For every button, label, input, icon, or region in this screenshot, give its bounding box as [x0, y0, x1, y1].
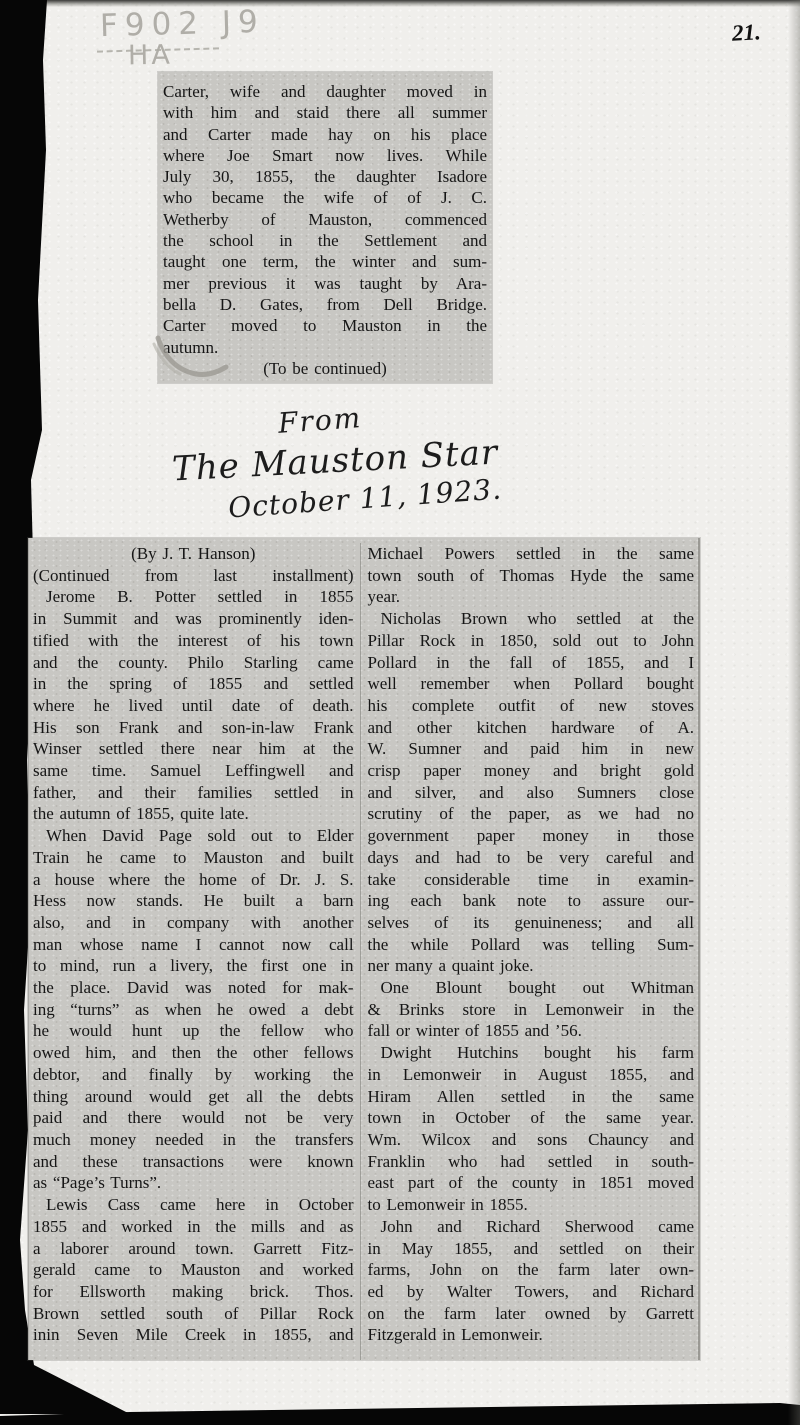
text-line: debtor, and finally by working the	[33, 1064, 354, 1086]
text-line: mer previous it was taught by Ara-	[163, 273, 487, 294]
pencil-catalog-number: F902 J9	[100, 4, 266, 44]
article-left-column: (By J. T. Hanson)(Continued from last in…	[33, 543, 354, 1360]
text-line: with him and staid there all summer	[163, 102, 487, 123]
text-line: and other kitchen hardware of A.	[367, 717, 694, 739]
text-line: Pollard in the fall of 1855, and I	[367, 652, 694, 674]
text-line: town south of Thomas Hyde the same	[367, 565, 694, 587]
text-line: bella D. Gates, from Dell Bridge.	[163, 294, 487, 315]
text-line: same time. Samuel Leffingwell and	[33, 760, 354, 782]
pencil-catalog-suffix: HA	[128, 40, 173, 72]
text-line: inin Seven Mile Creek in 1855, and	[33, 1324, 354, 1346]
text-line: W. Sumner and paid him in new	[367, 738, 694, 760]
text-line: farms, John on the farm later own-	[367, 1259, 694, 1281]
text-line: Wm. Wilcox and sons Chauncy and	[367, 1129, 694, 1151]
text-line: well remember when Pollard bought	[367, 673, 694, 695]
text-line: Hiram Allen settled in the same	[367, 1086, 694, 1108]
text-line: in Summit and was prominently iden-	[33, 608, 354, 630]
text-line: selves of its genuineness; and all	[367, 912, 694, 934]
text-line: owed him, and then the other fellows	[33, 1042, 354, 1064]
article-column-divider	[354, 543, 368, 1360]
text-line: Nicholas Brown who settled at the	[367, 608, 694, 630]
text-line: he would hunt up the fellow who	[33, 1020, 354, 1042]
text-line: to Lemonweir in 1855.	[367, 1194, 694, 1216]
text-line: ner many a quaint joke.	[367, 955, 694, 977]
text-line: the school in the Settlement and	[163, 230, 487, 251]
text-line: ing each bank note to assure our-	[367, 890, 694, 912]
text-line: year.	[367, 586, 694, 608]
handwritten-page-number: 21.	[731, 19, 761, 46]
text-line: Winser settled there near him at the	[33, 738, 354, 760]
text-line: in the spring of 1855 and settled	[33, 673, 354, 695]
text-line: where Joe Smart now lives. While	[163, 145, 487, 166]
article-right-column: Michael Powers settled in the sametown s…	[367, 543, 694, 1360]
text-line: and the county. Philo Starling came	[33, 652, 354, 674]
text-line: Carter, wife and daughter moved in	[163, 81, 487, 102]
text-line: man whose name I cannot now call	[33, 934, 354, 956]
text-line: July 30, 1855, the daughter Isadore	[163, 166, 487, 187]
text-line: Wetherby of Mauston, commenced	[163, 209, 487, 230]
text-line: Michael Powers settled in the same	[367, 543, 694, 565]
text-line: town in October of the same year.	[367, 1107, 694, 1129]
text-line: Franklin who had settled in south-	[367, 1151, 694, 1173]
text-line: One Blount bought out Whitman	[367, 977, 694, 999]
text-line: a laborer around town. Garrett Fitz-	[33, 1238, 354, 1260]
text-line: Dwight Hutchins bought his farm	[367, 1042, 694, 1064]
text-line: tified with the interest of his town	[33, 630, 354, 652]
text-line: and silver, and also Sumners close	[367, 782, 694, 804]
text-line: a house where the home of Dr. J. S.	[33, 869, 354, 891]
text-line: Hess now stands. He built a barn	[33, 890, 354, 912]
text-line: 1855 and worked in the mills and as	[33, 1216, 354, 1238]
text-line: ed by Walter Towers, and Richard	[367, 1281, 694, 1303]
text-line: days and had to be very careful and	[367, 847, 694, 869]
text-line: His son Frank and son-in-law Frank	[33, 717, 354, 739]
text-line: paid and there would not be very	[33, 1107, 354, 1129]
text-line: the autumn of 1855, quite late.	[33, 803, 354, 825]
text-line: east part of the county in 1851 moved	[367, 1172, 694, 1194]
text-line: Jerome B. Potter settled in 1855	[33, 586, 354, 608]
text-line: government paper money in those	[367, 825, 694, 847]
text-line: who became the wife of of J. C.	[163, 187, 487, 208]
text-line: Brown settled south of Pillar Rock	[33, 1303, 354, 1325]
text-line: taught one term, the winter and sum-	[163, 251, 487, 272]
text-line: & Brinks store in Lemonweir in the	[367, 999, 694, 1021]
newspaper-clipping-article: (By J. T. Hanson)(Continued from last in…	[28, 538, 700, 1360]
text-line: much money needed in the transfers	[33, 1129, 354, 1151]
text-line: When David Page sold out to Elder	[33, 825, 354, 847]
text-line: fall or winter of 1855 and ’56.	[367, 1020, 694, 1042]
handwritten-source-word-from: From	[277, 401, 363, 440]
text-line: thing around would get all the debts	[33, 1086, 354, 1108]
text-line: (Continued from last installment)	[33, 565, 354, 587]
text-line: crisp paper money and bright gold	[367, 760, 694, 782]
text-line: scrutiny of the paper, as we had no	[367, 803, 694, 825]
text-line: Train he came to Mauston and built	[33, 847, 354, 869]
text-line: and Carter made hay on his place	[163, 124, 487, 145]
text-line: the place. David was noted for mak-	[33, 977, 354, 999]
text-line: the while Pollard was telling Sum-	[367, 934, 694, 956]
text-line: for Ellsworth making brick. Thos.	[33, 1281, 354, 1303]
scanned-archive-page: F902 J9 HA 21. Carter, wife and daughter…	[0, 0, 800, 1425]
text-line: to mind, run a livery, the first one in	[33, 955, 354, 977]
text-line: his complete outfit of new stoves	[367, 695, 694, 717]
text-line: take considerable time in examin-	[367, 869, 694, 891]
text-line: Lewis Cass came here in October	[33, 1194, 354, 1216]
text-line: and these transactions were known	[33, 1151, 354, 1173]
pencil-squiggle-mark	[150, 334, 230, 386]
text-line: also, and in company with another	[33, 912, 354, 934]
text-line: gerald came to Mauston and worked	[33, 1259, 354, 1281]
text-line: father, and their families settled in	[33, 782, 354, 804]
text-line: Fitzgerald in Lemonweir.	[367, 1324, 694, 1346]
text-line: in Lemonweir in August 1855, and	[367, 1064, 694, 1086]
text-line: John and Richard Sherwood came	[367, 1216, 694, 1238]
text-line: where he lived until date of death.	[33, 695, 354, 717]
text-line: Pillar Rock in 1850, sold out to John	[367, 630, 694, 652]
scan-top-edge	[0, 0, 800, 7]
text-line: (By J. T. Hanson)	[33, 543, 354, 565]
text-line: in May 1855, and settled on their	[367, 1238, 694, 1260]
scan-right-edge	[788, 0, 800, 1425]
text-line: ing “turns” as when he owed a debt	[33, 999, 354, 1021]
text-line: as “Page’s Turns”.	[33, 1172, 354, 1194]
text-line: on the farm later owned by Garrett	[367, 1303, 694, 1325]
